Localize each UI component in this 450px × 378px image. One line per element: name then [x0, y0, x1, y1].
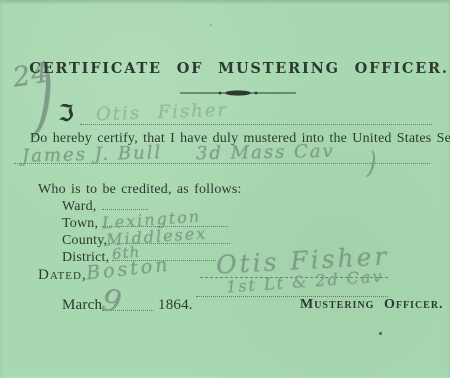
month-label: March	[62, 297, 102, 314]
blackletter-initial: ℑ	[58, 101, 74, 127]
signature-caption: Mustering Officer.	[300, 297, 444, 313]
credited-sentence: Who is to be credited, as follows:	[38, 182, 242, 198]
paper-speck	[379, 332, 382, 335]
field-label-county: County,	[62, 233, 107, 249]
recruit-unit-entry: 3d Mass Cav	[196, 141, 335, 164]
field-label-town: Town,	[62, 216, 98, 232]
year-text: 1864.	[158, 297, 193, 314]
recruit-paren-mark: )	[366, 145, 377, 181]
officer-name-line	[80, 124, 432, 125]
dated-label: Dated,	[38, 267, 87, 284]
field-label-ward: Ward,	[62, 199, 96, 215]
document-title: CERTIFICATE OF MUSTERING OFFICER.	[0, 60, 450, 77]
day-entry: 9	[99, 283, 124, 321]
officer-name-entry: Otis Fisher	[96, 100, 229, 126]
recruit-name-entry: James J. Bull	[22, 142, 163, 167]
certificate-document: 24 ) CERTIFICATE OF MUSTERING OFFICER. ℑ…	[0, 0, 450, 378]
paper-speck	[210, 24, 212, 26]
